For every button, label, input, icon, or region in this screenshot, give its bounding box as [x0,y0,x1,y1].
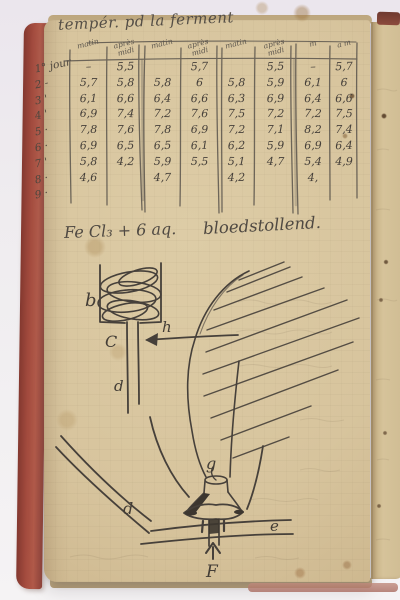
table-cell: 7,8 [144,123,181,139]
table-cell: 5,5 [181,154,218,170]
table-cell: – [70,59,108,76]
table-cell: 6,9 [255,91,296,108]
table-cell [70,186,108,203]
table-cell: 5,9 [144,154,181,170]
column-header: matin [142,35,183,52]
table-cell: 6,3 [218,91,255,107]
column-header: matin [68,35,109,52]
table-cell: 6 [330,76,358,92]
table-cell: 4,6 [70,170,107,186]
table-cell: 4, [296,170,330,186]
table-cell [181,186,219,203]
column-header: après midi [104,35,147,60]
table-cell: 5,7 [330,60,359,77]
table-cell: 7,1 [255,123,296,139]
table-cell: 4,7 [255,154,296,171]
table-cell: 7,2 [255,107,297,124]
table-cell: 6,9 [296,138,331,155]
table-cell: 7,6 [107,123,144,139]
table-cell: 6,9 [181,123,218,139]
table-cell: 5,1 [218,154,255,170]
table-cell: 6,1 [296,76,330,92]
table-cell: – [296,59,331,76]
table-cell: 6,5 [144,138,182,155]
table-cell: 6 [181,75,218,91]
table-cell [255,170,296,187]
table-cell [144,186,182,203]
table-cell: 6,4 [144,91,181,107]
table-cell [296,186,331,203]
table-cell [107,170,144,186]
table-cell: 5,8 [107,75,144,91]
table-cell [255,186,297,203]
table-cell: 4,2 [107,154,144,170]
temperature-table: 1° jour–5,55,75,5–5,72 -5,75,85,865,85,9… [34,60,358,202]
table-cell: 6,4 [330,139,359,156]
table-cell: 7,6 [181,107,219,124]
table-cell: 6,4 [296,91,330,107]
table-cell [181,170,218,186]
table-cell [330,186,359,203]
table-cell [218,59,256,76]
table-cell [144,59,182,76]
table-cell: 7,4 [107,107,145,124]
table-cell: 6,9 [70,107,108,124]
table-cell [218,186,256,203]
column-header: après midi [178,35,221,60]
table-cell: 6,9 [70,138,108,155]
table-cell: 7,2 [296,107,331,124]
handwriting-layer: tempér. pd la ferment matinaprès midimat… [0,0,400,600]
table-cell: 6,1 [181,138,219,155]
table-cell: 7,5 [218,107,256,124]
table-cell [107,186,145,203]
table-cell: 7,4 [330,123,358,139]
table-cell: 5,8 [218,75,255,91]
table-cell: 6,5 [107,138,145,155]
table-cell: 5,8 [144,75,181,91]
photo-background: tempér. pd la ferment matinaprès midimat… [0,0,400,600]
table-cell: 5,9 [255,138,297,155]
table-cell: 5,5 [255,59,297,76]
table-cell: 4,7 [144,170,181,186]
table-cell: 7,8 [70,123,107,139]
column-header: après midi [254,35,297,60]
table-cell: 4,2 [218,170,255,186]
table-cell: 5,7 [70,75,107,91]
table-cell: 6,6 [107,91,144,107]
table-cell: 6,1 [70,91,107,107]
table-cell: 4,9 [330,155,358,171]
chemical-formula-note: Fe Cl₃ + 6 aq. [64,219,177,242]
table-cell: 6,6 [181,91,218,107]
table-cell: 6,2 [218,138,256,155]
table-cell: 7,2 [144,107,182,124]
table-cell: 5,8 [70,154,107,170]
table-cell: 5,5 [107,59,145,76]
table-cell: 6,6 [330,91,358,107]
table-cell: 5,7 [181,59,219,76]
table-cell: 7,5 [330,107,359,124]
column-header: matin [216,35,257,52]
table-cell: 5,9 [255,75,296,92]
table-cell: 5,4 [296,154,330,170]
table-cell: 8,2 [296,123,330,139]
table-cell: 7,2 [218,123,255,139]
table-cell [330,170,358,186]
